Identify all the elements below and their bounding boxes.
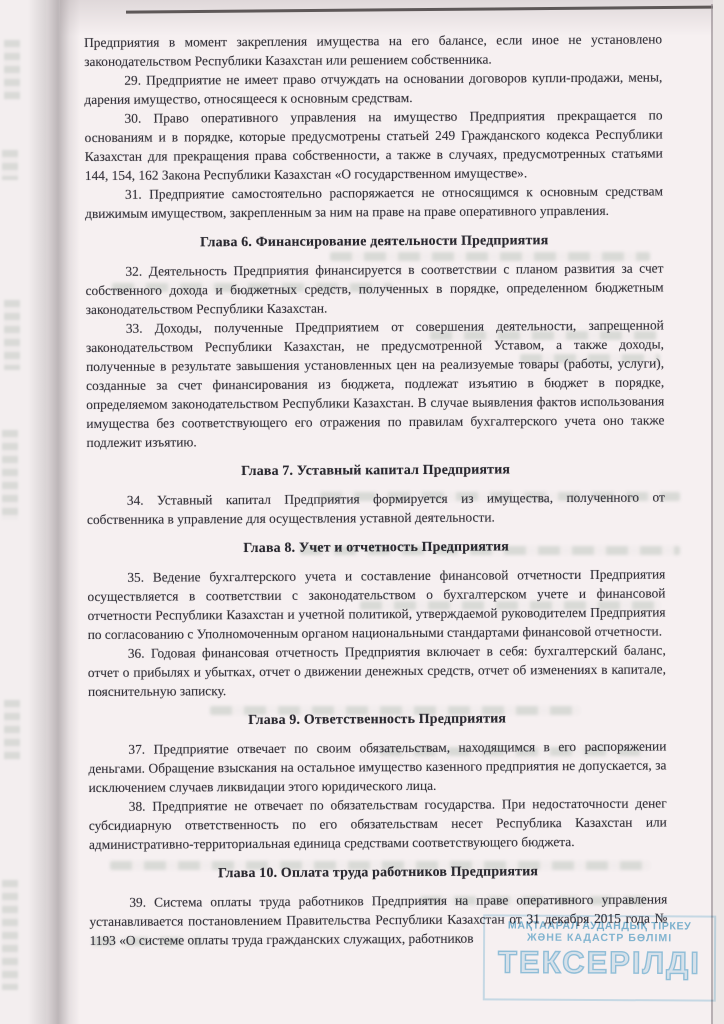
continuation-paragraph: Предприятия в момент закрепления имущест… bbox=[84, 29, 662, 71]
paragraph-38: 38. Предприятие не отвечает по обязатель… bbox=[89, 793, 667, 854]
chapter-9-heading: Глава 9. Ответственность Предприятия bbox=[88, 708, 666, 731]
stamp-verified-text: ТЕКСЕРІЛДІ bbox=[483, 945, 716, 980]
chapter-7-heading: Глава 7. Уставный капитал Предприятия bbox=[87, 459, 665, 482]
paragraph-31: 31. Предприятие самостоятельно распоряжа… bbox=[85, 181, 663, 223]
scan-right-margin bbox=[713, 0, 724, 1024]
bleedthrough-artifact bbox=[4, 700, 20, 760]
bleedthrough-artifact bbox=[4, 300, 20, 370]
bleedthrough-artifact bbox=[2, 150, 18, 180]
page-fold-shadow bbox=[28, 0, 80, 1024]
paragraph-37: 37. Предприятие отвечает по своим обязат… bbox=[88, 736, 666, 797]
page-right-edge bbox=[711, 4, 713, 1024]
paragraph-39: 39. Система оплаты труда работников Пред… bbox=[89, 889, 667, 950]
bleedthrough-artifact bbox=[2, 430, 18, 520]
chapter-10-heading: Глава 10. Оплата труда работников Предпр… bbox=[89, 861, 667, 884]
bleedthrough-artifact bbox=[2, 880, 18, 990]
paragraph-32: 32. Деятельность Предприятия финансирует… bbox=[85, 258, 663, 319]
paragraph-36: 36. Годовая финансовая отчетность Предпр… bbox=[88, 640, 666, 701]
scanned-document-page: Предприятия в момент закрепления имущест… bbox=[0, 0, 724, 1024]
document-body: Предприятия в момент закрепления имущест… bbox=[84, 29, 668, 950]
paragraph-30: 30. Право оперативного управления на иму… bbox=[84, 105, 662, 185]
paragraph-29: 29. Предприятие не имеет право отчуждать… bbox=[84, 67, 662, 109]
paragraph-33: 33. Доходы, полученные Предприятием от с… bbox=[86, 315, 665, 452]
paragraph-34: 34. Уставный капитал Предприятия формиру… bbox=[87, 487, 665, 529]
chapter-8-heading: Глава 8. Учет и отчетность Предприятия bbox=[87, 536, 665, 559]
chapter-6-heading: Глава 6. Финансирование деятельности Пре… bbox=[85, 230, 663, 253]
paragraph-35: 35. Ведение бухгалтерского учета и соста… bbox=[87, 564, 665, 644]
bleedthrough-artifact bbox=[4, 40, 20, 100]
